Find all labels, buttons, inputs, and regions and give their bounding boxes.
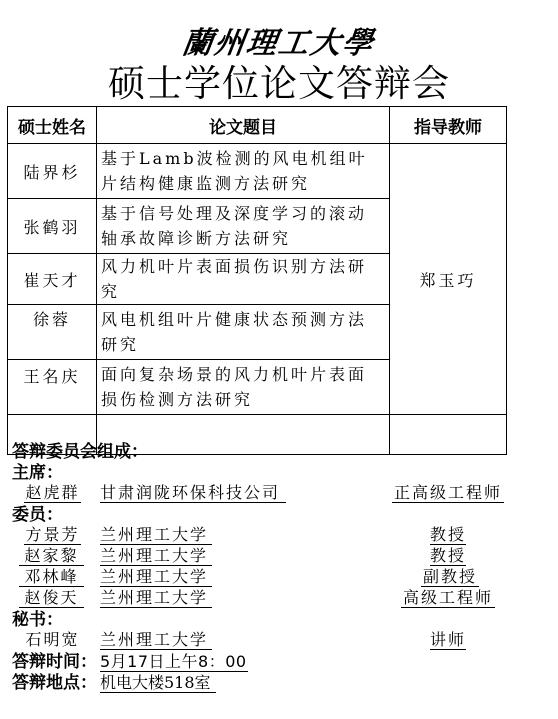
advisor-name: 郑玉巧	[390, 144, 507, 415]
student-name: 陆界杉	[8, 144, 97, 199]
member-org: 兰州理工大学	[100, 546, 212, 566]
thesis-topic: 面向复杂场景的风力机叶片表面损伤检测方法研究	[97, 360, 390, 415]
thesis-topic: 风电机组叶片健康状态预测方法研究	[97, 305, 390, 360]
member-title: 教授	[430, 525, 466, 545]
chair-title: 正高级工程师	[392, 483, 504, 503]
student-name: 徐蓉	[8, 305, 97, 360]
defense-table: 硕士姓名 论文题目 指导教师 陆界杉 基于Lamb波检测的风电机组叶片结构健康监…	[7, 106, 507, 455]
defense-time: 5月17日上午8：00	[100, 652, 248, 672]
member-title: 副教授	[421, 567, 479, 587]
secretary-title: 讲师	[430, 630, 466, 650]
secretary-org: 兰州理工大学	[100, 630, 212, 650]
member-org: 兰州理工大学	[100, 525, 212, 545]
member-org: 兰州理工大学	[100, 588, 212, 608]
member-name: 赵俊天	[19, 588, 84, 608]
table-row: 陆界杉 基于Lamb波检测的风电机组叶片结构健康监测方法研究 郑玉巧	[8, 144, 507, 199]
members-label: 委员：	[12, 505, 63, 525]
chair-label: 主席：	[12, 463, 63, 483]
student-name: 张鹤羽	[8, 199, 97, 254]
secretary-label: 秘书：	[12, 610, 63, 630]
page-title: 硕士学位论文答辩会	[0, 62, 558, 106]
student-name: 王名庆	[8, 360, 97, 415]
thesis-topic: 基于信号处理及深度学习的滚动轴承故障诊断方法研究	[97, 199, 390, 254]
table-header-row: 硕士姓名 论文题目 指导教师	[8, 107, 507, 144]
column-header-topic: 论文题目	[97, 107, 390, 144]
university-logo: 蘭州理工大學	[0, 18, 558, 62]
member-org: 兰州理工大学	[100, 567, 212, 587]
chair-org: 甘肃润陇环保科技公司	[100, 483, 286, 503]
member-name: 方景芳	[24, 525, 81, 545]
chair-name: 赵虎群	[24, 483, 81, 503]
member-title: 高级工程师	[401, 588, 495, 608]
thesis-topic: 风力机叶片表面损伤识别方法研究	[97, 254, 390, 305]
column-header-advisor: 指导教师	[390, 107, 507, 144]
committee-heading: 答辩委员会组成：	[12, 442, 148, 462]
thesis-topic: 基于Lamb波检测的风电机组叶片结构健康监测方法研究	[97, 144, 390, 199]
secretary-name: 石明宽	[24, 630, 81, 649]
student-name: 崔天才	[8, 254, 97, 305]
member-name: 赵家黎	[19, 546, 84, 566]
member-title: 教授	[430, 546, 466, 566]
defense-place-label: 答辩地点：	[12, 673, 97, 693]
member-name: 邓林峰	[19, 567, 84, 587]
defense-time-label: 答辩时间：	[12, 652, 97, 672]
column-header-student: 硕士姓名	[8, 107, 97, 144]
empty-cell	[390, 415, 507, 455]
defense-place: 机电大楼518室	[100, 673, 216, 693]
